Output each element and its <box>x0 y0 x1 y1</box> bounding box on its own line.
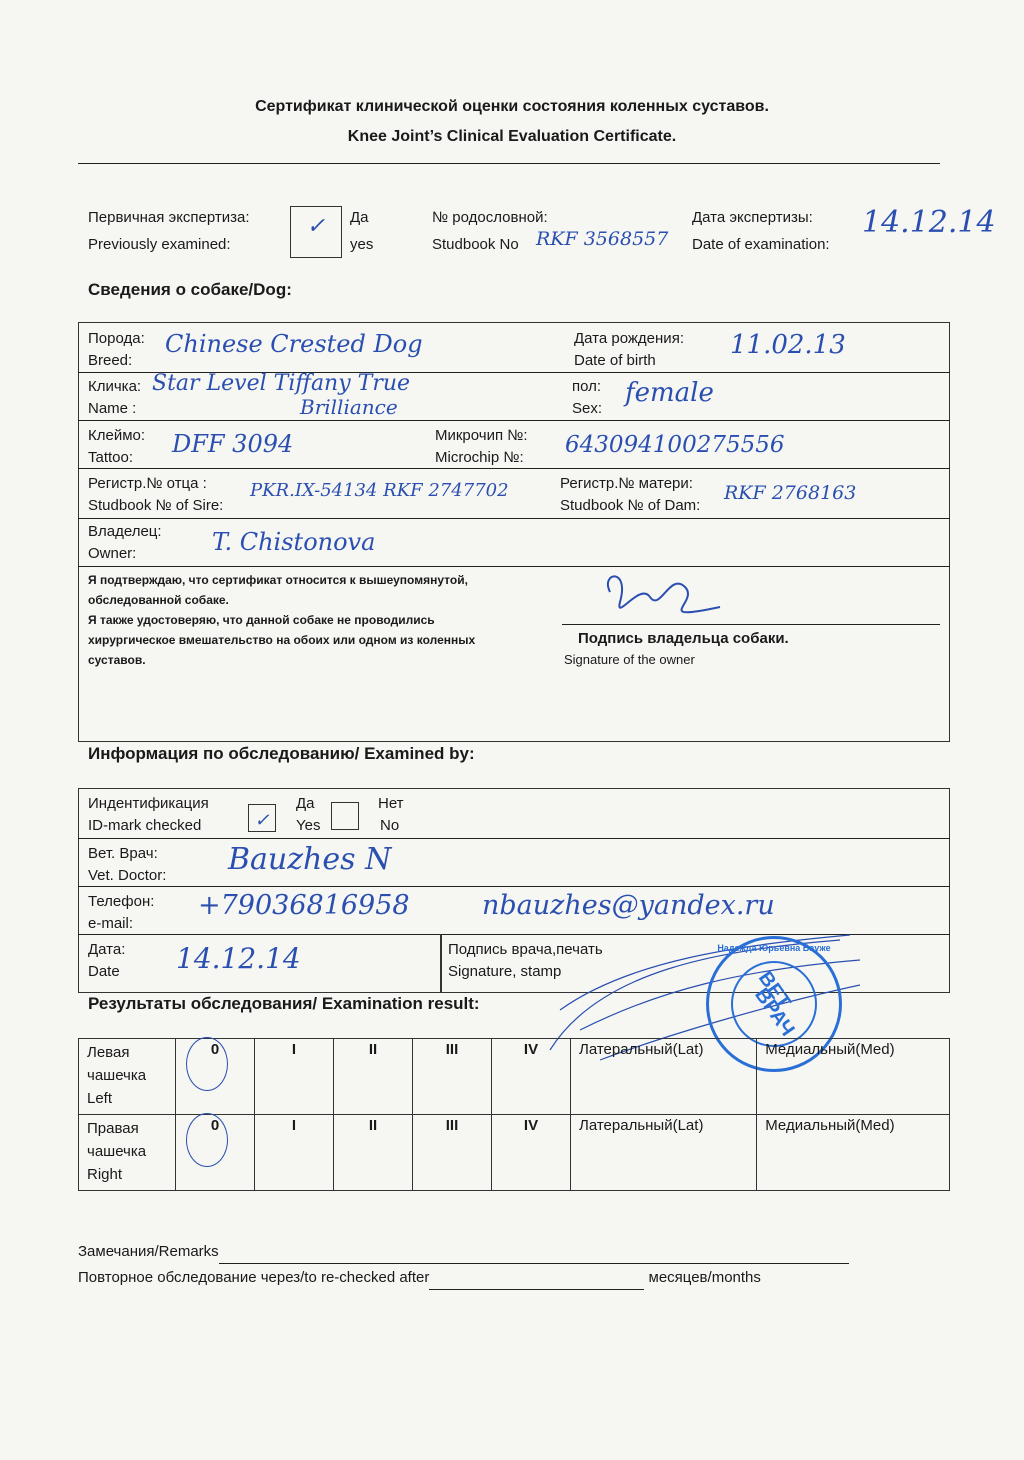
email-value: nbauzhes@yandex.ru <box>482 890 775 921</box>
lateral-cell[interactable]: Латеральный(Lat) <box>571 1115 757 1191</box>
breed-label-en: Breed: <box>88 349 132 372</box>
recheck-months-field[interactable] <box>429 1266 644 1290</box>
microchip-value: 643094100275556 <box>565 432 785 458</box>
result-row: ПраваячашечкаRight0IIIIIIIVЛатеральный(L… <box>79 1115 950 1191</box>
grade-selected-circle <box>186 1037 228 1091</box>
studbook-label-ru: № родословной: <box>432 206 548 229</box>
owner-signature-line <box>562 624 940 625</box>
name-value-line1: Star Level Tiffany True <box>152 371 410 396</box>
previously-examined-label-ru: Первичная экспертиза: <box>88 206 250 229</box>
grade-label: III <box>446 1117 459 1134</box>
sire-label-ru: Регистр.№ отца : <box>88 472 207 495</box>
name-label-en: Name : <box>88 397 136 420</box>
email-label: e-mail: <box>88 912 133 935</box>
owner-signature-label-en: Signature of the owner <box>564 652 695 667</box>
cell-label: Медиальный(Med) <box>765 1041 894 1058</box>
tattoo-label-en: Tattoo: <box>88 446 133 469</box>
phone-value: +79036816958 <box>198 890 410 921</box>
dob-label-en: Date of birth <box>574 349 656 372</box>
dog-section-heading: Сведения о собаке/Dog: <box>88 280 292 300</box>
grade-label: IV <box>524 1041 538 1058</box>
title-ru: Сертификат клинической оценки состояния … <box>0 98 1024 116</box>
grade-label: I <box>292 1041 296 1058</box>
name-label-ru: Кличка: <box>88 375 141 398</box>
checkmark-icon: ✓ <box>254 810 269 831</box>
examiner-section-heading: Информация по обследованию/ Examined by: <box>88 744 475 764</box>
phone-label-ru: Телефон: <box>88 890 154 913</box>
row-divider <box>78 420 950 421</box>
column-divider <box>440 934 442 993</box>
row-divider <box>78 886 950 887</box>
remarks-label: Замечания/Remarks <box>78 1243 219 1260</box>
declaration-line: Я также удостоверяю, что данной собаке н… <box>88 610 475 630</box>
yes-label-en: yes <box>350 233 373 256</box>
knee-label: ПраваячашечкаRight <box>79 1115 176 1191</box>
yes-label-ru: Да <box>350 206 369 229</box>
sex-value: female <box>625 378 714 408</box>
id-yes-label-ru: Да <box>296 792 315 815</box>
grade-cell-0[interactable]: 0 <box>176 1115 255 1191</box>
name-value-line2: Brilliance <box>300 395 398 419</box>
result-row: ЛеваячашечкаLeft0IIIIIIIVЛатеральный(Lat… <box>79 1039 950 1115</box>
exam-date2-label-en: Date <box>88 960 120 983</box>
studbook-label-en: Studbook No <box>432 233 519 256</box>
grade-label: III <box>446 1041 459 1058</box>
id-no-checkbox[interactable] <box>331 802 359 830</box>
sire-value: PKR.IX-54134 RKF 2747702 <box>250 480 509 501</box>
dam-value: RKF 2768163 <box>724 482 856 504</box>
sex-label-en: Sex: <box>572 397 602 420</box>
grade-label: II <box>369 1041 377 1058</box>
vet-value: Bauzhes N <box>228 842 391 877</box>
owner-label-ru: Владелец: <box>88 520 162 543</box>
grade-cell-0[interactable]: 0 <box>176 1039 255 1115</box>
recheck-row: Повторное обследование через/to re-check… <box>78 1266 761 1290</box>
grade-cell-II[interactable]: II <box>334 1115 413 1191</box>
results-section-heading: Результаты обследования/ Examination res… <box>88 994 480 1014</box>
previously-examined-label-en: Previously examined: <box>88 233 231 256</box>
dob-label-ru: Дата рождения: <box>574 327 684 350</box>
id-no-label-ru: Нет <box>378 792 404 815</box>
medial-cell[interactable]: Медиальный(Med) <box>757 1039 950 1115</box>
results-table: ЛеваячашечкаLeft0IIIIIIIVЛатеральный(Lat… <box>78 1038 950 1191</box>
vet-label-ru: Вет. Врач: <box>88 842 158 865</box>
grade-cell-II[interactable]: II <box>334 1039 413 1115</box>
grade-cell-III[interactable]: III <box>413 1115 492 1191</box>
knee-label-line: Right <box>87 1163 167 1186</box>
cell-label: Медиальный(Med) <box>765 1117 894 1134</box>
title-divider <box>78 163 940 164</box>
grade-cell-IV[interactable]: IV <box>492 1039 571 1115</box>
knee-label-line: Left <box>87 1087 167 1110</box>
dam-label-en: Studbook № of Dam: <box>560 494 700 517</box>
breed-value: Chinese Crested Dog <box>165 330 423 358</box>
cell-label: Латеральный(Lat) <box>579 1117 703 1134</box>
tattoo-value: DFF 3094 <box>172 430 293 458</box>
grade-cell-I[interactable]: I <box>255 1039 334 1115</box>
tattoo-label-ru: Клеймо: <box>88 424 145 447</box>
recheck-unit: месяцев/months <box>649 1269 761 1286</box>
knee-label-line: чашечка <box>87 1064 167 1087</box>
vet-label-en: Vet. Doctor: <box>88 864 166 887</box>
row-divider <box>78 518 950 519</box>
owner-declaration: Я подтверждаю, что сертификат относится … <box>88 570 475 670</box>
sire-label-en: Studbook № of Sire: <box>88 494 223 517</box>
row-divider <box>78 838 950 839</box>
dob-value: 11.02.13 <box>730 330 846 360</box>
grade-label: IV <box>524 1117 538 1134</box>
grade-cell-III[interactable]: III <box>413 1039 492 1115</box>
dam-label-ru: Регистр.№ матери: <box>560 472 693 495</box>
exam-date2-value: 14.12.14 <box>176 942 301 975</box>
exam-date2-label-ru: Дата: <box>88 938 125 961</box>
declaration-line: Я подтверждаю, что сертификат относится … <box>88 570 475 590</box>
knee-label-line: чашечка <box>87 1140 167 1163</box>
owner-value: T. Chistonova <box>212 528 375 556</box>
breed-label-ru: Порода: <box>88 327 145 350</box>
grade-cell-I[interactable]: I <box>255 1115 334 1191</box>
id-label-en: ID-mark checked <box>88 814 201 837</box>
grade-cell-IV[interactable]: IV <box>492 1115 571 1191</box>
declaration-line: суставов. <box>88 650 475 670</box>
owner-label-en: Owner: <box>88 542 136 565</box>
knee-label: ЛеваячашечкаLeft <box>79 1039 176 1115</box>
owner-signature-label-ru: Подпись владельца собаки. <box>578 630 789 647</box>
title-en: Knee Joint’s Clinical Evaluation Certifi… <box>0 128 1024 146</box>
grade-label: II <box>369 1117 377 1134</box>
declaration-line: обследованной собаке. <box>88 590 475 610</box>
medial-cell[interactable]: Медиальный(Med) <box>757 1115 950 1191</box>
id-label-ru: Индентификация <box>88 792 209 815</box>
remarks-field[interactable] <box>219 1240 849 1264</box>
declaration-line: хирургическое вмешательство на обоих или… <box>88 630 475 650</box>
id-yes-label-en: Yes <box>296 814 320 837</box>
previously-examined-checkbox[interactable]: ✓ <box>290 206 342 258</box>
id-yes-checkbox[interactable]: ✓ <box>248 804 276 832</box>
grade-label: I <box>292 1117 296 1134</box>
remarks-row: Замечания/Remarks <box>78 1240 849 1264</box>
exam-date-label-ru: Дата экспертизы: <box>692 206 813 229</box>
recheck-label: Повторное обследование через/to re-check… <box>78 1269 429 1286</box>
exam-date-value: 14.12.14 <box>862 205 996 240</box>
grade-selected-circle <box>186 1113 228 1167</box>
id-no-label-en: No <box>380 814 399 837</box>
microchip-label-ru: Микрочип №: <box>435 424 528 447</box>
knee-label-line: Левая <box>87 1041 167 1064</box>
knee-label-line: Правая <box>87 1117 167 1140</box>
microchip-label-en: Microchip №: <box>435 446 524 469</box>
lateral-cell[interactable]: Латеральный(Lat) <box>571 1039 757 1115</box>
sex-label-ru: пол: <box>572 375 601 398</box>
studbook-value: RKF 3568557 <box>536 228 668 250</box>
cell-label: Латеральный(Lat) <box>579 1041 703 1058</box>
checkmark-icon: ✓ <box>307 214 325 239</box>
row-divider <box>78 566 950 567</box>
exam-date-label-en: Date of examination: <box>692 233 830 256</box>
